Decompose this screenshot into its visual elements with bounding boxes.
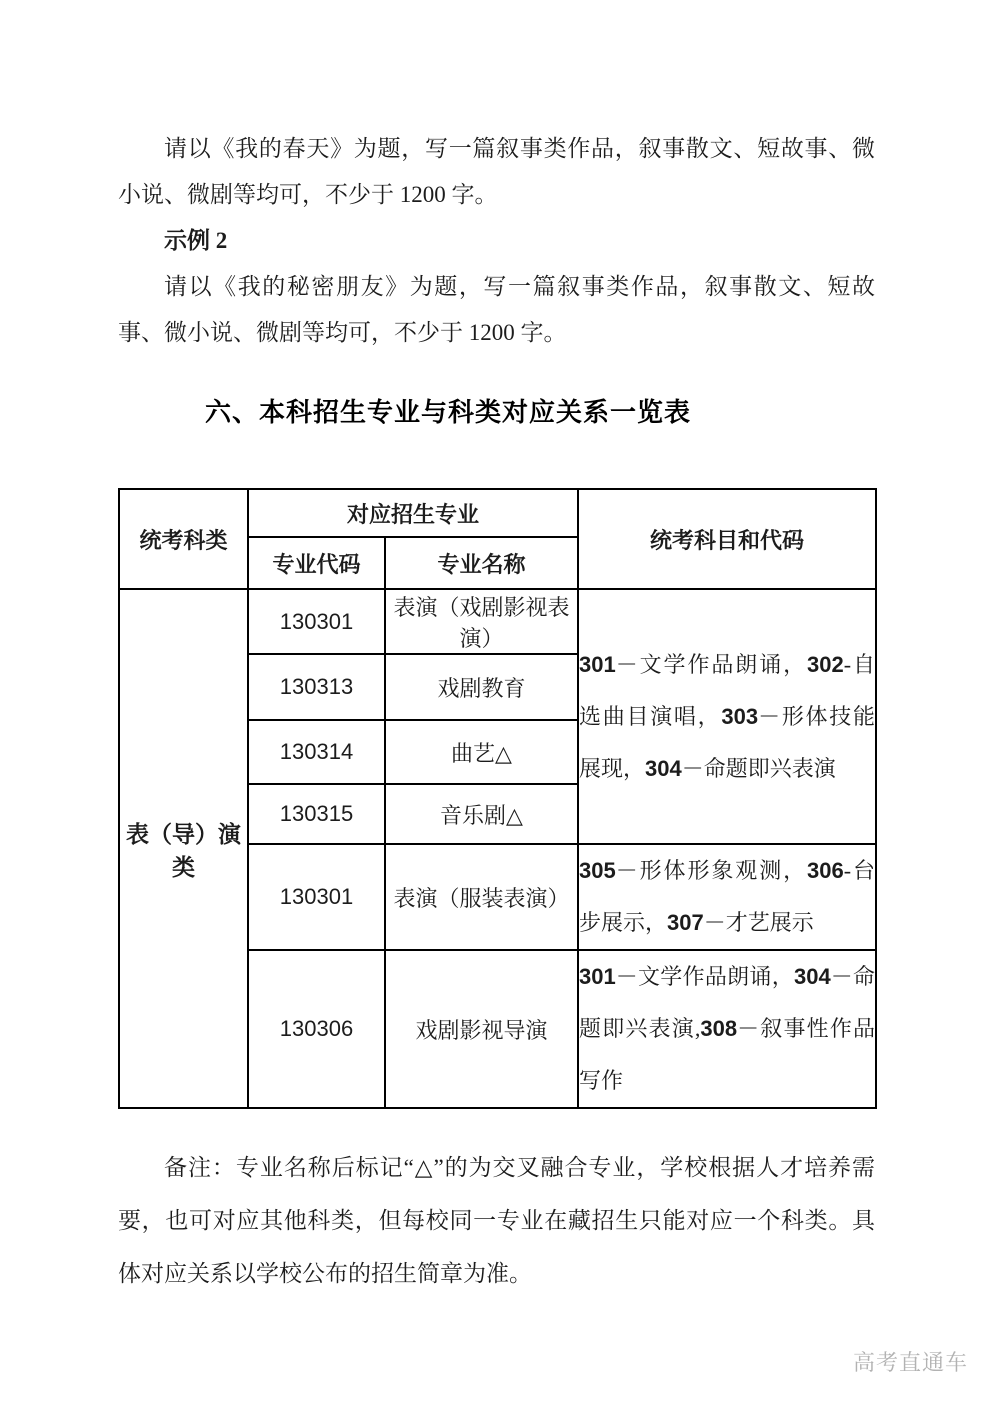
category-cell: 表（导）演类 — [119, 589, 248, 1108]
notes-paragraph: 备注：专业名称后标记“△”的为交叉融合专业，学校根据人才培养需要，也可对应其他科… — [118, 1141, 875, 1300]
majors-category-table: 统考科类 对应招生专业 统考科目和代码 专业代码 专业名称 表（导）演类 130… — [118, 488, 877, 1109]
major-code-header-cell: 专业代码 — [248, 537, 385, 589]
major-code-cell: 130314 — [248, 720, 385, 784]
example-2-label: 示例 2 — [118, 218, 875, 264]
major-name-cell: 表演（服装表演） — [385, 844, 578, 950]
major-code-cell: 130313 — [248, 654, 385, 720]
major-name-cell: 音乐剧△ — [385, 784, 578, 844]
example-paragraph-1: 请以《我的春天》为题，写一篇叙事类作品，叙事散文、短故事、微小说、微剧等均可，不… — [118, 126, 875, 218]
subjects-cell: 301－文学作品朗诵，302-自选曲目演唱，303－形体技能展现，304－命题即… — [578, 589, 876, 844]
subjects-cell: 301－文学作品朗诵，304－命题即兴表演,308－叙事性作品写作 — [578, 950, 876, 1108]
table-row: 表（导）演类 130301 表演（戏剧影视表演） 301－文学作品朗诵，302-… — [119, 589, 876, 654]
document-content: 请以《我的春天》为题，写一篇叙事类作品，叙事散文、短故事、微小说、微剧等均可，不… — [0, 0, 992, 1300]
subjects-cell: 305－形体形象观测，306-台步展示，307－才艺展示 — [578, 844, 876, 950]
major-name-cell: 戏剧教育 — [385, 654, 578, 720]
major-code-cell: 130301 — [248, 844, 385, 950]
category-header-cell: 统考科类 — [119, 489, 248, 589]
major-name-cell: 戏剧影视导演 — [385, 950, 578, 1108]
major-name-header-cell: 专业名称 — [385, 537, 578, 589]
example-paragraph-2: 请以《我的秘密朋友》为题，写一篇叙事类作品，叙事散文、短故事、微小说、微剧等均可… — [118, 264, 875, 356]
major-code-cell: 130306 — [248, 950, 385, 1108]
section-heading: 六、本科招生专业与科类对应关系一览表 — [118, 392, 875, 432]
document-page: 请以《我的春天》为题，写一篇叙事类作品，叙事散文、短故事、微小说、微剧等均可，不… — [0, 0, 992, 1403]
subjects-header-cell: 统考科目和代码 — [578, 489, 876, 589]
major-code-cell: 130315 — [248, 784, 385, 844]
major-code-cell: 130301 — [248, 589, 385, 654]
major-name-cell: 曲艺△ — [385, 720, 578, 784]
major-name-cell: 表演（戏剧影视表演） — [385, 589, 578, 654]
majors-group-header-cell: 对应招生专业 — [248, 489, 578, 537]
watermark: 高考直通车 — [853, 1346, 968, 1377]
